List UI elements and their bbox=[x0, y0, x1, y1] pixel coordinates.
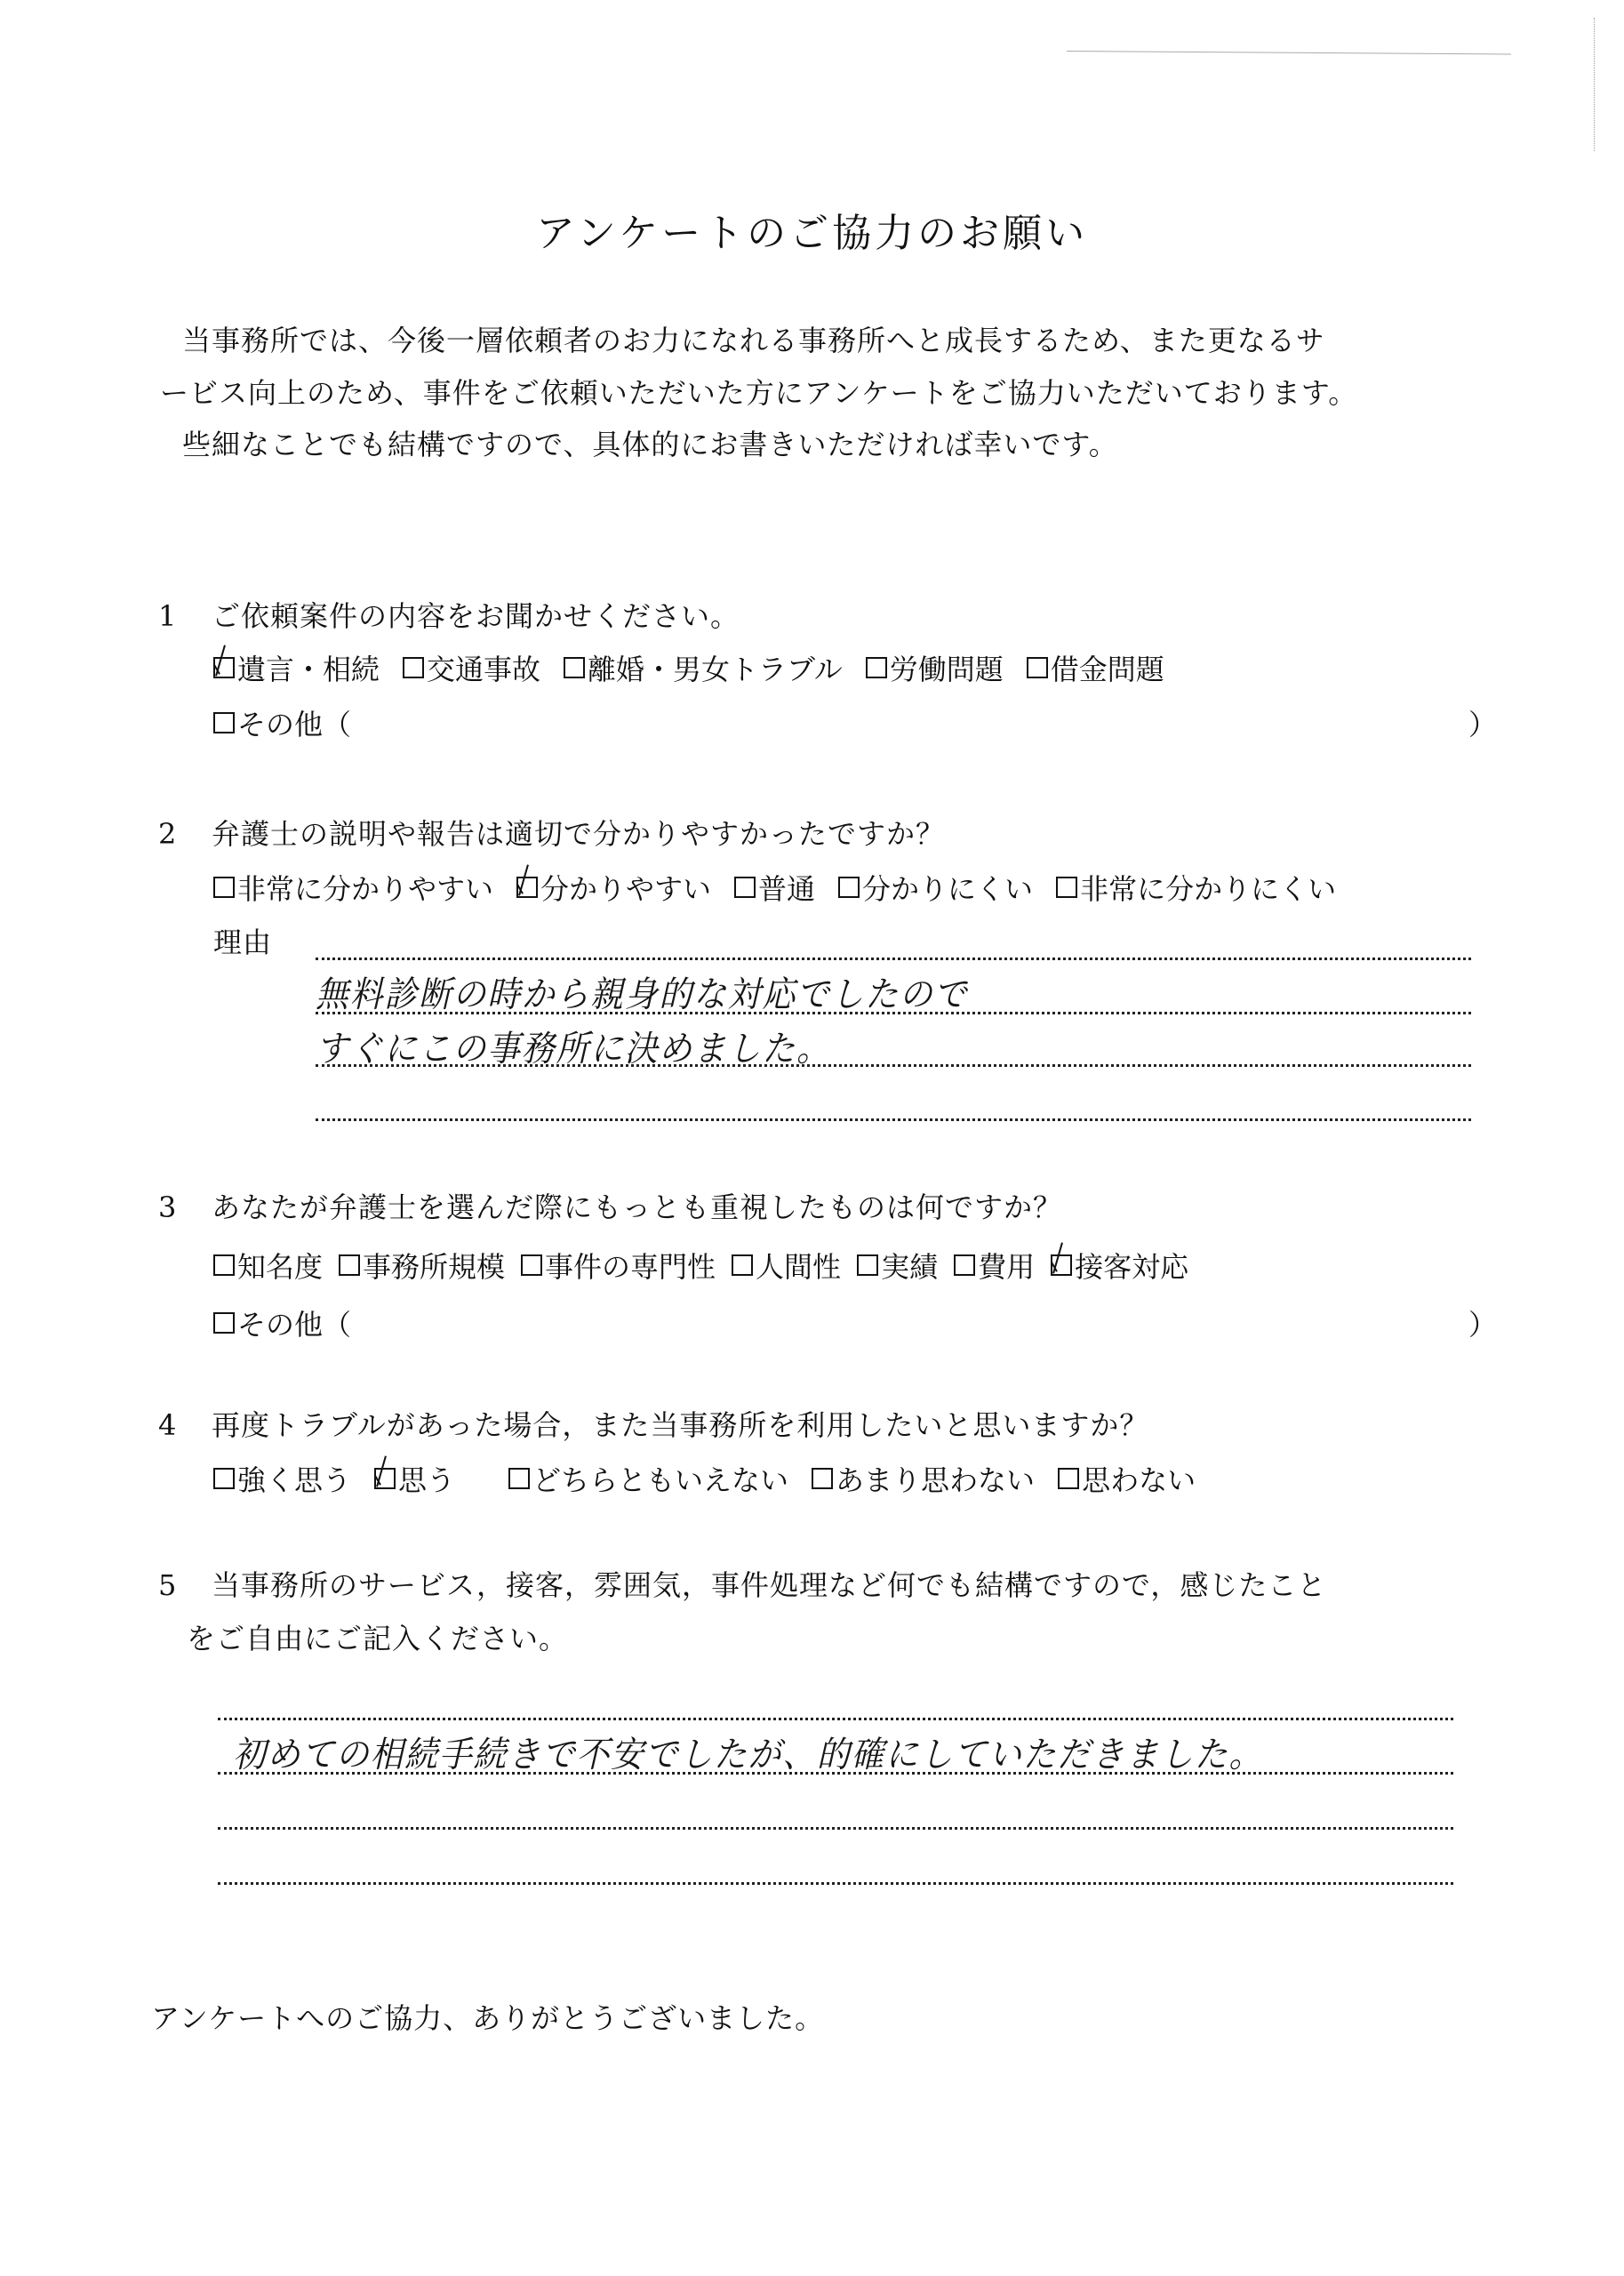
checkbox-checked[interactable] bbox=[213, 657, 235, 678]
checkbox[interactable] bbox=[866, 657, 887, 678]
question-text: 弁護士の説明や報告は適切で分かりやすかったですか？ bbox=[212, 817, 945, 851]
q2-option-very-clear[interactable]: 非常に分かりやすい bbox=[213, 867, 493, 908]
question-number: 3 bbox=[158, 1190, 212, 1224]
dotted-line bbox=[218, 1772, 1453, 1775]
question-3: 3あなたが弁護士を選んだ際にもっとも重視したものは何ですか？ bbox=[158, 1185, 1062, 1226]
checkbox[interactable] bbox=[213, 1468, 235, 1489]
checkbox[interactable] bbox=[564, 657, 585, 678]
q3-other-close-paren: ） bbox=[1468, 1302, 1497, 1343]
q2-option-clear[interactable]: 分かりやすい bbox=[516, 867, 711, 908]
q2-option-unclear[interactable]: 分かりにくい bbox=[838, 867, 1033, 908]
dotted-line bbox=[316, 958, 1471, 960]
q3-option-customer-service[interactable]: 接客対応 bbox=[1051, 1245, 1188, 1286]
checkbox[interactable] bbox=[857, 1254, 878, 1276]
intro-line-3: 些細なことでも結構ですので、具体的にお書きいただければ幸いです。 bbox=[182, 422, 1118, 463]
q4-option-disagree[interactable]: 思わない bbox=[1058, 1458, 1196, 1499]
q2-reason-answer-line-1[interactable]: 無料診断の時から親身的な対応でしたので bbox=[316, 966, 968, 1017]
q2-options: 非常に分かりやすい 分かりやすい 普通 分かりにくい 非常に分かりにくい bbox=[213, 867, 1359, 908]
question-text-line-1: 当事務所のサービス，接客，雰囲気，事件処理など何でも結構ですので，感じたこと bbox=[212, 1568, 1326, 1602]
dotted-line bbox=[218, 1827, 1453, 1830]
q3-option-track-record[interactable]: 実績 bbox=[857, 1245, 938, 1286]
scan-artifact-edge bbox=[1594, 18, 1595, 151]
intro-line-2: ービス向上のため、事件をご依頼いただいた方にアンケートをご協力いただいております… bbox=[160, 371, 1357, 412]
q3-option-firm-size[interactable]: 事務所規模 bbox=[339, 1245, 505, 1286]
checkbox-checked[interactable] bbox=[374, 1468, 396, 1489]
checkbox[interactable] bbox=[521, 1254, 542, 1276]
checkbox[interactable] bbox=[1058, 1468, 1079, 1489]
checkbox[interactable] bbox=[954, 1254, 975, 1276]
q4-option-strongly-agree[interactable]: 強く思う bbox=[213, 1458, 351, 1499]
q2-option-very-unclear[interactable]: 非常に分かりにくい bbox=[1056, 867, 1336, 908]
q3-option-cost[interactable]: 費用 bbox=[954, 1245, 1035, 1286]
question-number: 5 bbox=[158, 1568, 212, 1602]
checkbox[interactable] bbox=[508, 1468, 530, 1489]
checkbox[interactable] bbox=[213, 1312, 235, 1334]
q2-option-normal[interactable]: 普通 bbox=[734, 867, 815, 908]
question-2: 2弁護士の説明や報告は適切で分かりやすかったですか？ bbox=[158, 812, 945, 853]
intro-line-1: 当事務所では、今後一層依頼者のお力になれる事務所へと成長するため、また更なるサ bbox=[182, 318, 1325, 359]
q1-option-debt[interactable]: 借金問題 bbox=[1027, 647, 1164, 688]
checkbox-checked[interactable] bbox=[516, 877, 538, 898]
checkbox[interactable] bbox=[734, 877, 756, 898]
closing-message: アンケートへのご協力、ありがとうございました。 bbox=[151, 1996, 824, 2037]
checkbox[interactable] bbox=[812, 1468, 833, 1489]
question-text: あなたが弁護士を選んだ際にもっとも重視したものは何ですか？ bbox=[212, 1190, 1062, 1224]
q3-option-personality[interactable]: 人間性 bbox=[732, 1245, 841, 1286]
q4-options: 強く思う 思う どちらともいえない あまり思わない 思わない bbox=[213, 1458, 1219, 1499]
question-5: 5当事務所のサービス，接客，雰囲気，事件処理など何でも結構ですので，感じたこと bbox=[158, 1563, 1326, 1604]
question-number: 4 bbox=[158, 1408, 212, 1442]
q4-option-neutral[interactable]: どちらともいえない bbox=[508, 1458, 788, 1499]
question-text: ご依頼案件の内容をお聞かせください。 bbox=[212, 599, 740, 633]
q2-reason-label: 理由 bbox=[213, 920, 272, 961]
dotted-line bbox=[218, 1882, 1453, 1885]
checkbox-checked[interactable] bbox=[1051, 1254, 1072, 1276]
dotted-line bbox=[316, 1118, 1471, 1121]
q1-options: 遺言・相続 交通事故 離婚・男女トラブル 労働問題 借金問題 bbox=[213, 647, 1188, 688]
q3-option-expertise[interactable]: 事件の専門性 bbox=[521, 1245, 716, 1286]
page-title: アンケートのご協力のお願い bbox=[0, 201, 1624, 258]
question-4: 4再度トラブルがあった場合，また当事務所を利用したいと思いますか？ bbox=[158, 1403, 1148, 1444]
checkbox[interactable] bbox=[213, 712, 235, 733]
q1-option-divorce[interactable]: 離婚・男女トラブル bbox=[564, 647, 843, 688]
question-5-line-2: をご自由にご記入ください。 bbox=[187, 1616, 568, 1657]
q1-option-inheritance[interactable]: 遺言・相続 bbox=[213, 647, 380, 688]
checkbox[interactable] bbox=[403, 657, 424, 678]
checkbox[interactable] bbox=[732, 1254, 753, 1276]
q4-option-not-much[interactable]: あまり思わない bbox=[812, 1458, 1035, 1499]
q4-option-agree[interactable]: 思う bbox=[374, 1458, 455, 1499]
question-number: 1 bbox=[158, 599, 212, 633]
dotted-line bbox=[316, 1012, 1471, 1014]
checkbox[interactable] bbox=[213, 1254, 235, 1276]
q1-option-traffic-accident[interactable]: 交通事故 bbox=[403, 647, 540, 688]
q3-options: 知名度 事務所規模 事件の専門性 人間性 実績 費用 接客対応 bbox=[213, 1245, 1188, 1286]
checkbox[interactable] bbox=[838, 877, 860, 898]
checkbox[interactable] bbox=[339, 1254, 360, 1276]
dotted-line bbox=[316, 1064, 1471, 1067]
q1-option-other[interactable]: その他（ bbox=[213, 702, 351, 743]
checkbox[interactable] bbox=[213, 877, 235, 898]
question-1: 1ご依頼案件の内容をお聞かせください。 bbox=[158, 594, 740, 635]
q1-other-close-paren: ） bbox=[1468, 702, 1497, 743]
q1-option-labor[interactable]: 労働問題 bbox=[866, 647, 1004, 688]
question-text: 再度トラブルがあった場合，また当事務所を利用したいと思いますか？ bbox=[212, 1408, 1148, 1442]
q5-answer-line-1[interactable]: 初めての相続手続きで不安でしたが、的確にしていただきました。 bbox=[233, 1727, 1263, 1777]
checkbox[interactable] bbox=[1027, 657, 1048, 678]
q3-option-other[interactable]: その他（ bbox=[213, 1302, 351, 1343]
checkbox[interactable] bbox=[1056, 877, 1077, 898]
q3-option-reputation[interactable]: 知名度 bbox=[213, 1245, 323, 1286]
dotted-line bbox=[218, 1718, 1453, 1720]
question-number: 2 bbox=[158, 817, 212, 851]
scan-artifact-line bbox=[1067, 51, 1511, 54]
